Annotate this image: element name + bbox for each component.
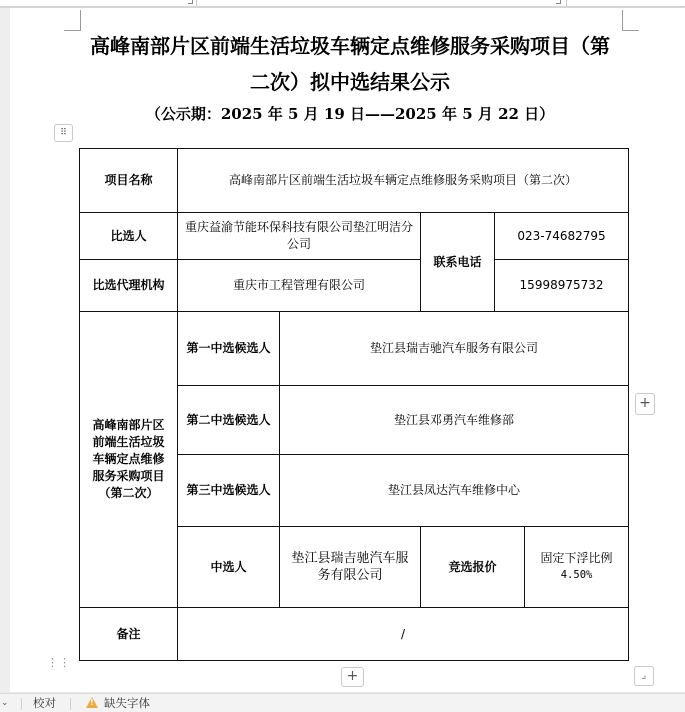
winner-value[interactable]: 垫江县瑞吉驰汽车服务有限公司 xyxy=(280,527,421,608)
bid-price-rate: 4.50% xyxy=(531,567,622,584)
table-row: 项目名称 高峰南部片区前端生活垃圾车辆定点维修服务采购项目（第二次） xyxy=(80,149,629,213)
status-divider xyxy=(21,698,22,710)
publicity-period: （公示期：2025 年 5 月 19 日——2025 年 5 月 22 日） xyxy=(60,103,640,125)
bidder-label: 比选人 xyxy=(80,213,178,260)
candidate-3-value[interactable]: 垫江县凤达汽车维修中心 xyxy=(280,455,629,527)
agent-phone[interactable]: 15998975732 xyxy=(495,260,629,312)
agent-label: 比选代理机构 xyxy=(80,260,178,312)
candidate-1-value[interactable]: 垫江县瑞吉驰汽车服务有限公司 xyxy=(280,312,629,386)
ruler-separator xyxy=(566,0,567,6)
table-row: 高峰南部片区前端生活垃圾车辆定点维修服务采购项目（第二次） 第一中选候选人 垫江… xyxy=(80,312,629,386)
winner-label: 中选人 xyxy=(178,527,280,608)
section-label: 高峰南部片区前端生活垃圾车辆定点维修服务采购项目（第二次） xyxy=(80,312,178,608)
add-row-button[interactable]: + xyxy=(341,667,364,687)
table-resize-icon[interactable]: ⌟ xyxy=(634,666,654,686)
table-row: 比选人 重庆益渝节能环保科技有限公司垫江明洁分公司 联系电话 023-74682… xyxy=(80,213,629,260)
bid-price-label: 竞选报价 xyxy=(421,527,525,608)
warning-icon xyxy=(86,697,98,708)
bid-price-method: 固定下浮比例 xyxy=(531,550,622,567)
margin-marker-right xyxy=(556,0,561,4)
status-divider xyxy=(70,698,71,710)
drag-handle-icon[interactable]: ⋮⋮ xyxy=(47,660,59,676)
chevron-down-icon[interactable]: ⌄ xyxy=(1,694,9,712)
table-move-handle-icon[interactable]: ⠿ xyxy=(54,124,73,142)
ruler-separator xyxy=(196,0,197,6)
remarks-value[interactable]: / xyxy=(178,608,629,661)
result-table: 项目名称 高峰南部片区前端生活垃圾车辆定点维修服务采购项目（第二次） 比选人 重… xyxy=(79,148,629,661)
bid-price-value[interactable]: 固定下浮比例 4.50% xyxy=(525,527,629,608)
project-name-label: 项目名称 xyxy=(80,149,178,213)
candidate-2-label: 第二中选候选人 xyxy=(178,386,280,455)
add-column-button[interactable]: + xyxy=(635,393,655,415)
agent-value[interactable]: 重庆市工程管理有限公司 xyxy=(178,260,421,312)
proofread-button[interactable]: 校对 xyxy=(33,694,56,712)
left-gutter xyxy=(0,8,10,692)
contact-phone-label: 联系电话 xyxy=(421,213,495,312)
margin-marker-left xyxy=(188,0,193,4)
project-name-value[interactable]: 高峰南部片区前端生活垃圾车辆定点维修服务采购项目（第二次） xyxy=(178,149,629,213)
table-row: 比选代理机构 重庆市工程管理有限公司 15998975732 xyxy=(80,260,629,312)
candidate-2-value[interactable]: 垫江县邓勇汽车维修部 xyxy=(280,386,629,455)
bidder-phone[interactable]: 023-74682795 xyxy=(495,213,629,260)
remarks-label: 备注 xyxy=(80,608,178,661)
document-title-line-1: 高峰南部片区前端生活垃圾车辆定点维修服务采购项目（第 xyxy=(60,28,640,64)
missing-font-label: 缺失字体 xyxy=(104,696,150,710)
table-row: 备注 / xyxy=(80,608,629,661)
bidder-value[interactable]: 重庆益渝节能环保科技有限公司垫江明洁分公司 xyxy=(178,213,421,260)
missing-font-button[interactable]: 缺失字体 xyxy=(86,694,150,712)
candidate-1-label: 第一中选候选人 xyxy=(178,312,280,386)
ruler-strip xyxy=(0,0,685,7)
candidate-3-label: 第三中选候选人 xyxy=(178,455,280,527)
document-title-line-2: 二次）拟中选结果公示 xyxy=(60,64,640,100)
status-bar: ⌄ 校对 缺失字体 xyxy=(0,693,685,712)
